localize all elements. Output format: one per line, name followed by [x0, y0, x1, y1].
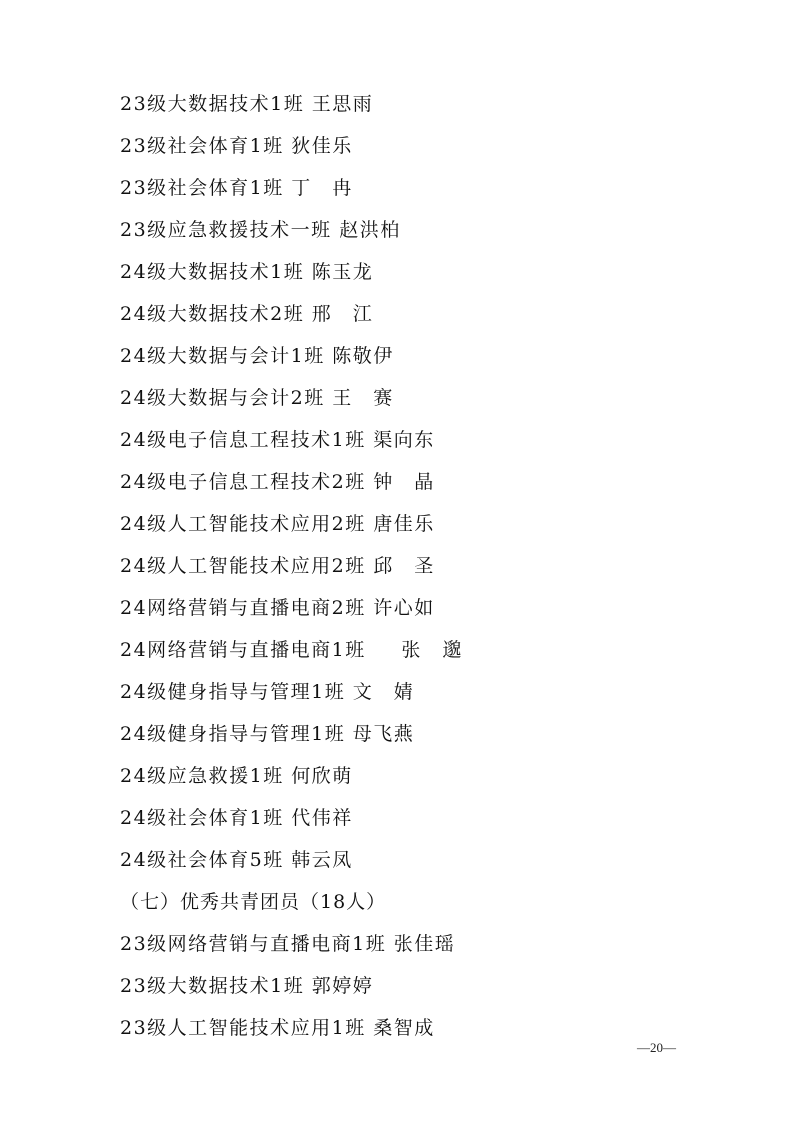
list-item: 23级网络营销与直播电商1班 张佳瑶 [120, 928, 463, 970]
list-item: 24级健身指导与管理1班 母飞燕 [120, 718, 463, 760]
list-item: 23级应急救援技术一班 赵洪柏 [120, 214, 463, 256]
list-item: 23级大数据技术1班 王思雨 [120, 88, 463, 130]
document-page: 23级大数据技术1班 王思雨 23级社会体育1班 狄佳乐 23级社会体育1班 丁… [0, 0, 793, 1122]
list-item: 24级电子信息工程技术1班 渠向东 [120, 424, 463, 466]
list-item: 24级大数据技术1班 陈玉龙 [120, 256, 463, 298]
list-item: 24级社会体育1班 代伟祥 [120, 802, 463, 844]
list-item: 23级社会体育1班 狄佳乐 [120, 130, 463, 172]
list-item: 24级应急救援1班 何欣萌 [120, 760, 463, 802]
award-list: 23级大数据技术1班 王思雨 23级社会体育1班 狄佳乐 23级社会体育1班 丁… [120, 88, 463, 1054]
list-item: 24级电子信息工程技术2班 钟 晶 [120, 466, 463, 508]
list-item: 23级人工智能技术应用1班 桑智成 [120, 1012, 463, 1054]
list-item: 24网络营销与直播电商1班 张 邈 [120, 634, 463, 676]
list-item: 23级社会体育1班 丁 冉 [120, 172, 463, 214]
list-item: 24级人工智能技术应用2班 邱 圣 [120, 550, 463, 592]
list-item: 24级人工智能技术应用2班 唐佳乐 [120, 508, 463, 550]
list-item: 23级大数据技术1班 郭婷婷 [120, 970, 463, 1012]
section-heading: （七）优秀共青团员（18人） [120, 886, 463, 928]
list-item: 24级社会体育5班 韩云凤 [120, 844, 463, 886]
page-number: —20— [637, 1040, 676, 1056]
list-item: 24级大数据与会计2班 王 赛 [120, 382, 463, 424]
list-item: 24级健身指导与管理1班 文 婧 [120, 676, 463, 718]
list-item: 24级大数据与会计1班 陈敬伊 [120, 340, 463, 382]
list-item: 24级大数据技术2班 邢 江 [120, 298, 463, 340]
list-item: 24网络营销与直播电商2班 许心如 [120, 592, 463, 634]
